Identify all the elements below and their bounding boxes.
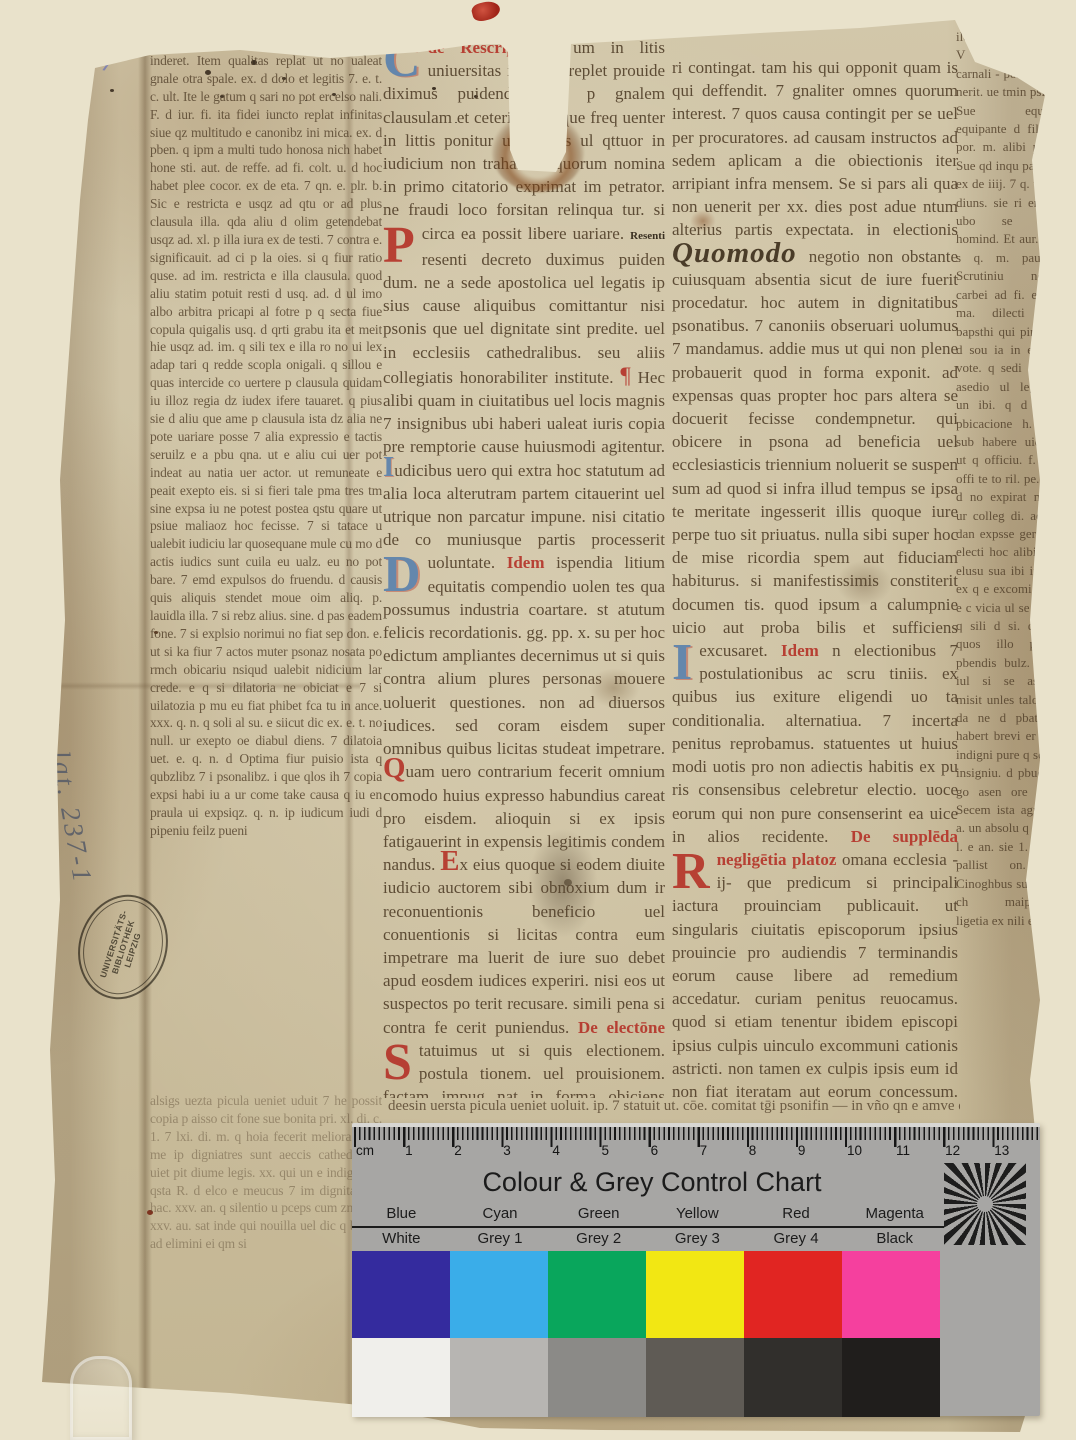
- gloss-column-left-faded: alsigs uezta picula ueniet uduit 7 he po…: [150, 1092, 382, 1422]
- pencil-number: 7: [97, 37, 121, 81]
- chart-patch: [842, 1251, 940, 1338]
- stamp-line: UNIVERSITÄTS-: [98, 909, 129, 979]
- chart-patch: [842, 1338, 940, 1417]
- acrylic-weight: [70, 1356, 132, 1440]
- chart-title: Colour & Grey Control Chart: [352, 1167, 952, 1203]
- chart-color-labels: BlueCyanGreenYellowRedMagenta: [352, 1205, 944, 1228]
- chart-patch: [744, 1251, 842, 1338]
- gloss-column-right: ilo e si q3 Sva ai V na pyr ad carnali -…: [956, 28, 1054, 1114]
- color-control-chart: cm12345678910111213 Colour & Grey Contro…: [352, 1123, 1040, 1416]
- stamp-line: LEIPZIG: [122, 932, 143, 969]
- chart-patch: [646, 1338, 744, 1417]
- chart-patch: [352, 1251, 450, 1338]
- chart-ruler: cm12345678910111213: [352, 1127, 1040, 1159]
- ruler-numbers: cm12345678910111213: [356, 1143, 1043, 1158]
- chart-patch: [352, 1338, 450, 1417]
- chart-color-patches: [352, 1251, 940, 1338]
- bottom-text-line: deesin uersta picula ueniet uoluit. ip. …: [388, 1094, 960, 1120]
- gloss-column-left: ne del gatus p hui gnalr ente quasi ordi…: [150, 34, 382, 1090]
- text-column-left: de Rescriptis ~ Cum in litis uniuersitas…: [383, 36, 665, 1098]
- chart-patch: [548, 1338, 646, 1417]
- chart-patch: [744, 1338, 842, 1417]
- chart-grey-labels: WhiteGrey 1Grey 2Grey 3Grey 4Black: [352, 1230, 944, 1251]
- starburst-focus-icon: [944, 1163, 1026, 1245]
- chart-patch: [646, 1251, 744, 1338]
- stamp-line: BIBLIOTHEK: [110, 919, 137, 975]
- photo-background: ne del gatus p hui gnalr ente quasi ordi…: [0, 0, 1076, 1440]
- chart-patch: [548, 1251, 646, 1338]
- chart-grey-patches: [352, 1338, 940, 1417]
- red-wax-mark: [470, 0, 502, 23]
- text-column-right: ri contingat. tam his qui opponit quam i…: [672, 56, 958, 1102]
- singe-ring: [492, 112, 584, 192]
- chart-patch: [450, 1251, 548, 1338]
- chart-patch: [450, 1338, 548, 1417]
